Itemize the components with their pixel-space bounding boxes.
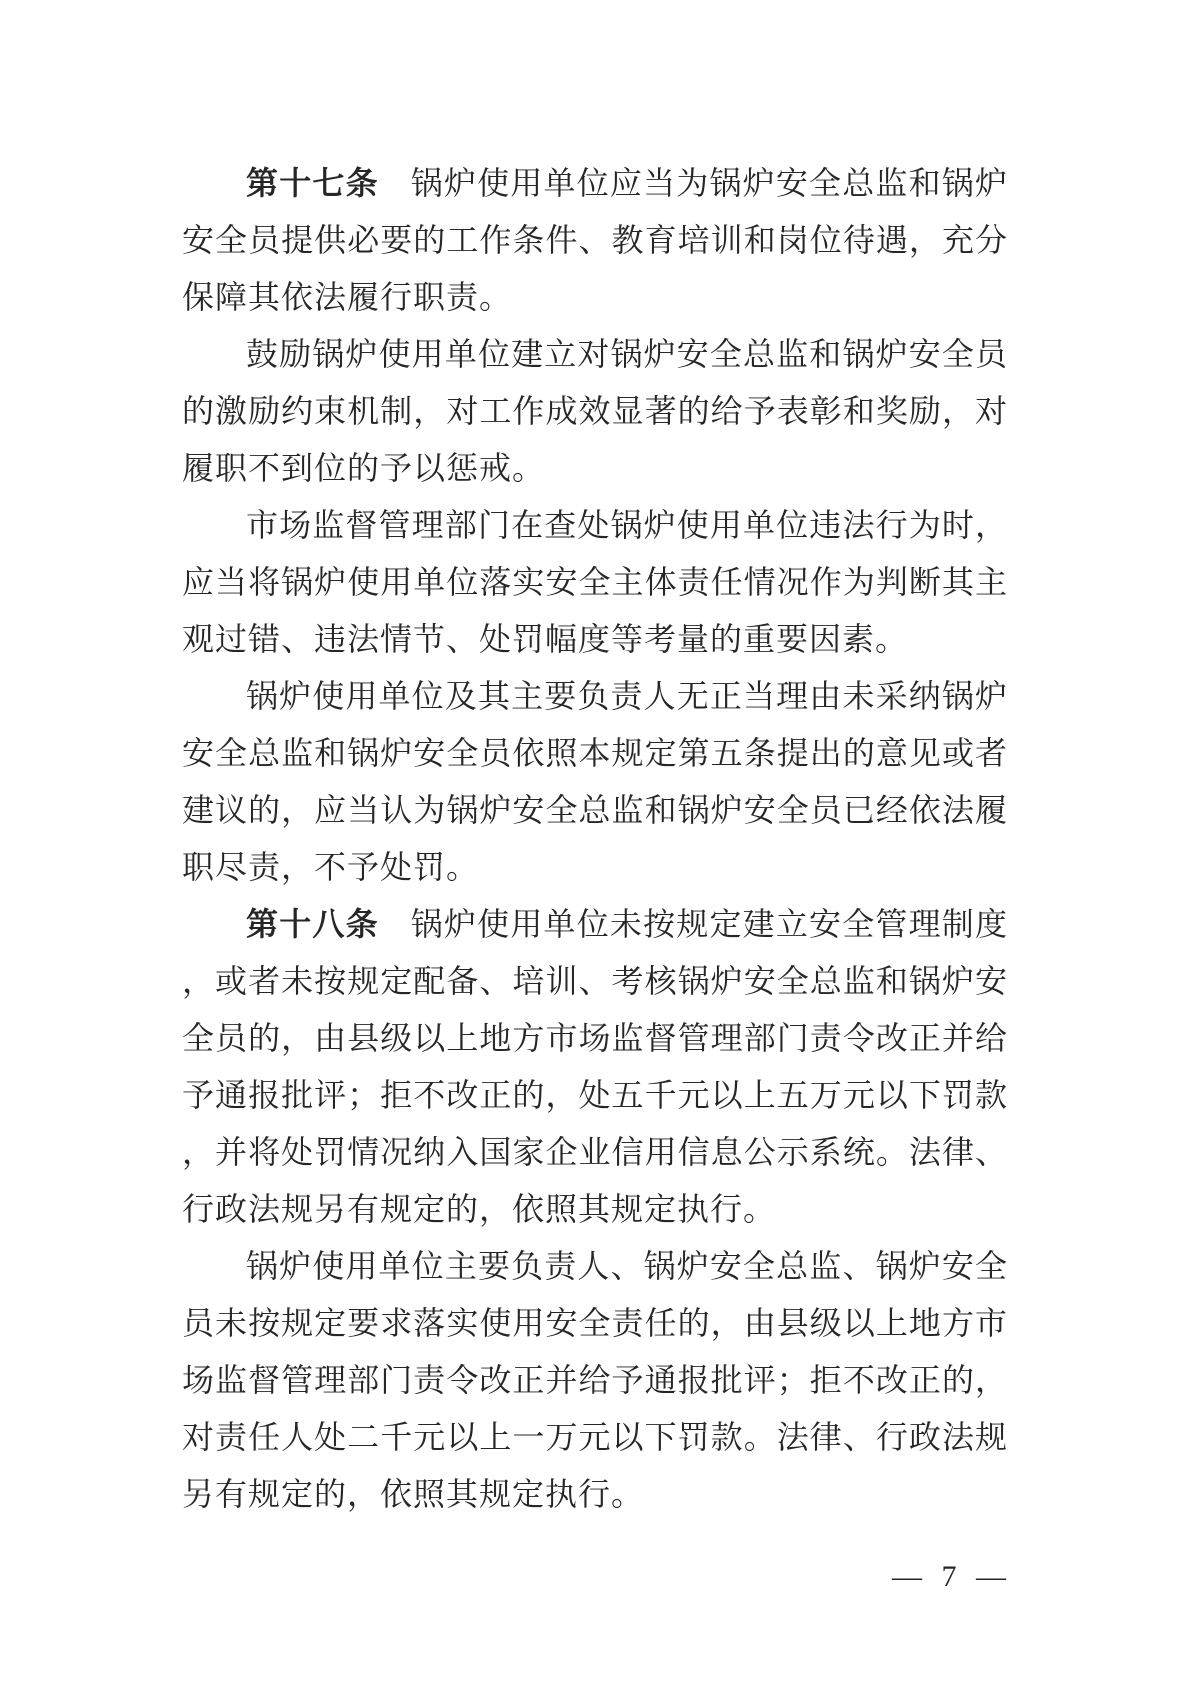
paragraph-text: 鼓励锅炉使用单位建立对锅炉安全总监和锅炉安全员的激励约束机制，对工作成效显著的给… — [182, 336, 1008, 486]
paragraph: 市场监督管理部门在查处锅炉使用单位违法行为时，应当将锅炉使用单位落实安全主体责任… — [182, 497, 1008, 668]
document-page: 第十七条锅炉使用单位应当为锅炉安全总监和锅炉安全员提供必要的工作条件、教育培训和… — [0, 0, 1190, 1683]
paragraph-text: 锅炉使用单位及其主要负责人无正当理由未采纳锅炉安全总监和锅炉安全员依照本规定第五… — [182, 678, 1008, 885]
paragraph-text: 锅炉使用单位主要负责人、锅炉安全总监、锅炉安全员未按规定要求落实使用安全责任的，… — [182, 1248, 1008, 1512]
article-number: 第十七条 — [246, 165, 379, 201]
paragraph: 第十八条锅炉使用单位未按规定建立安全管理制度，或者未按规定配备、培训、考核锅炉安… — [182, 896, 1008, 1238]
paragraph-text: 市场监督管理部门在查处锅炉使用单位违法行为时，应当将锅炉使用单位落实安全主体责任… — [182, 507, 1008, 657]
paragraph: 第十七条锅炉使用单位应当为锅炉安全总监和锅炉安全员提供必要的工作条件、教育培训和… — [182, 155, 1008, 326]
paragraph: 锅炉使用单位及其主要负责人无正当理由未采纳锅炉安全总监和锅炉安全员依照本规定第五… — [182, 668, 1008, 896]
paragraph-text: 锅炉使用单位未按规定建立安全管理制度，或者未按规定配备、培训、考核锅炉安全总监和… — [182, 906, 1008, 1227]
article-number: 第十八条 — [246, 906, 379, 942]
paragraph: 鼓励锅炉使用单位建立对锅炉安全总监和锅炉安全员的激励约束机制，对工作成效显著的给… — [182, 326, 1008, 497]
paragraph: 锅炉使用单位主要负责人、锅炉安全总监、锅炉安全员未按规定要求落实使用安全责任的，… — [182, 1238, 1008, 1523]
page-number: — 7 — — [892, 1560, 1012, 1594]
document-body: 第十七条锅炉使用单位应当为锅炉安全总监和锅炉安全员提供必要的工作条件、教育培训和… — [182, 155, 1008, 1523]
